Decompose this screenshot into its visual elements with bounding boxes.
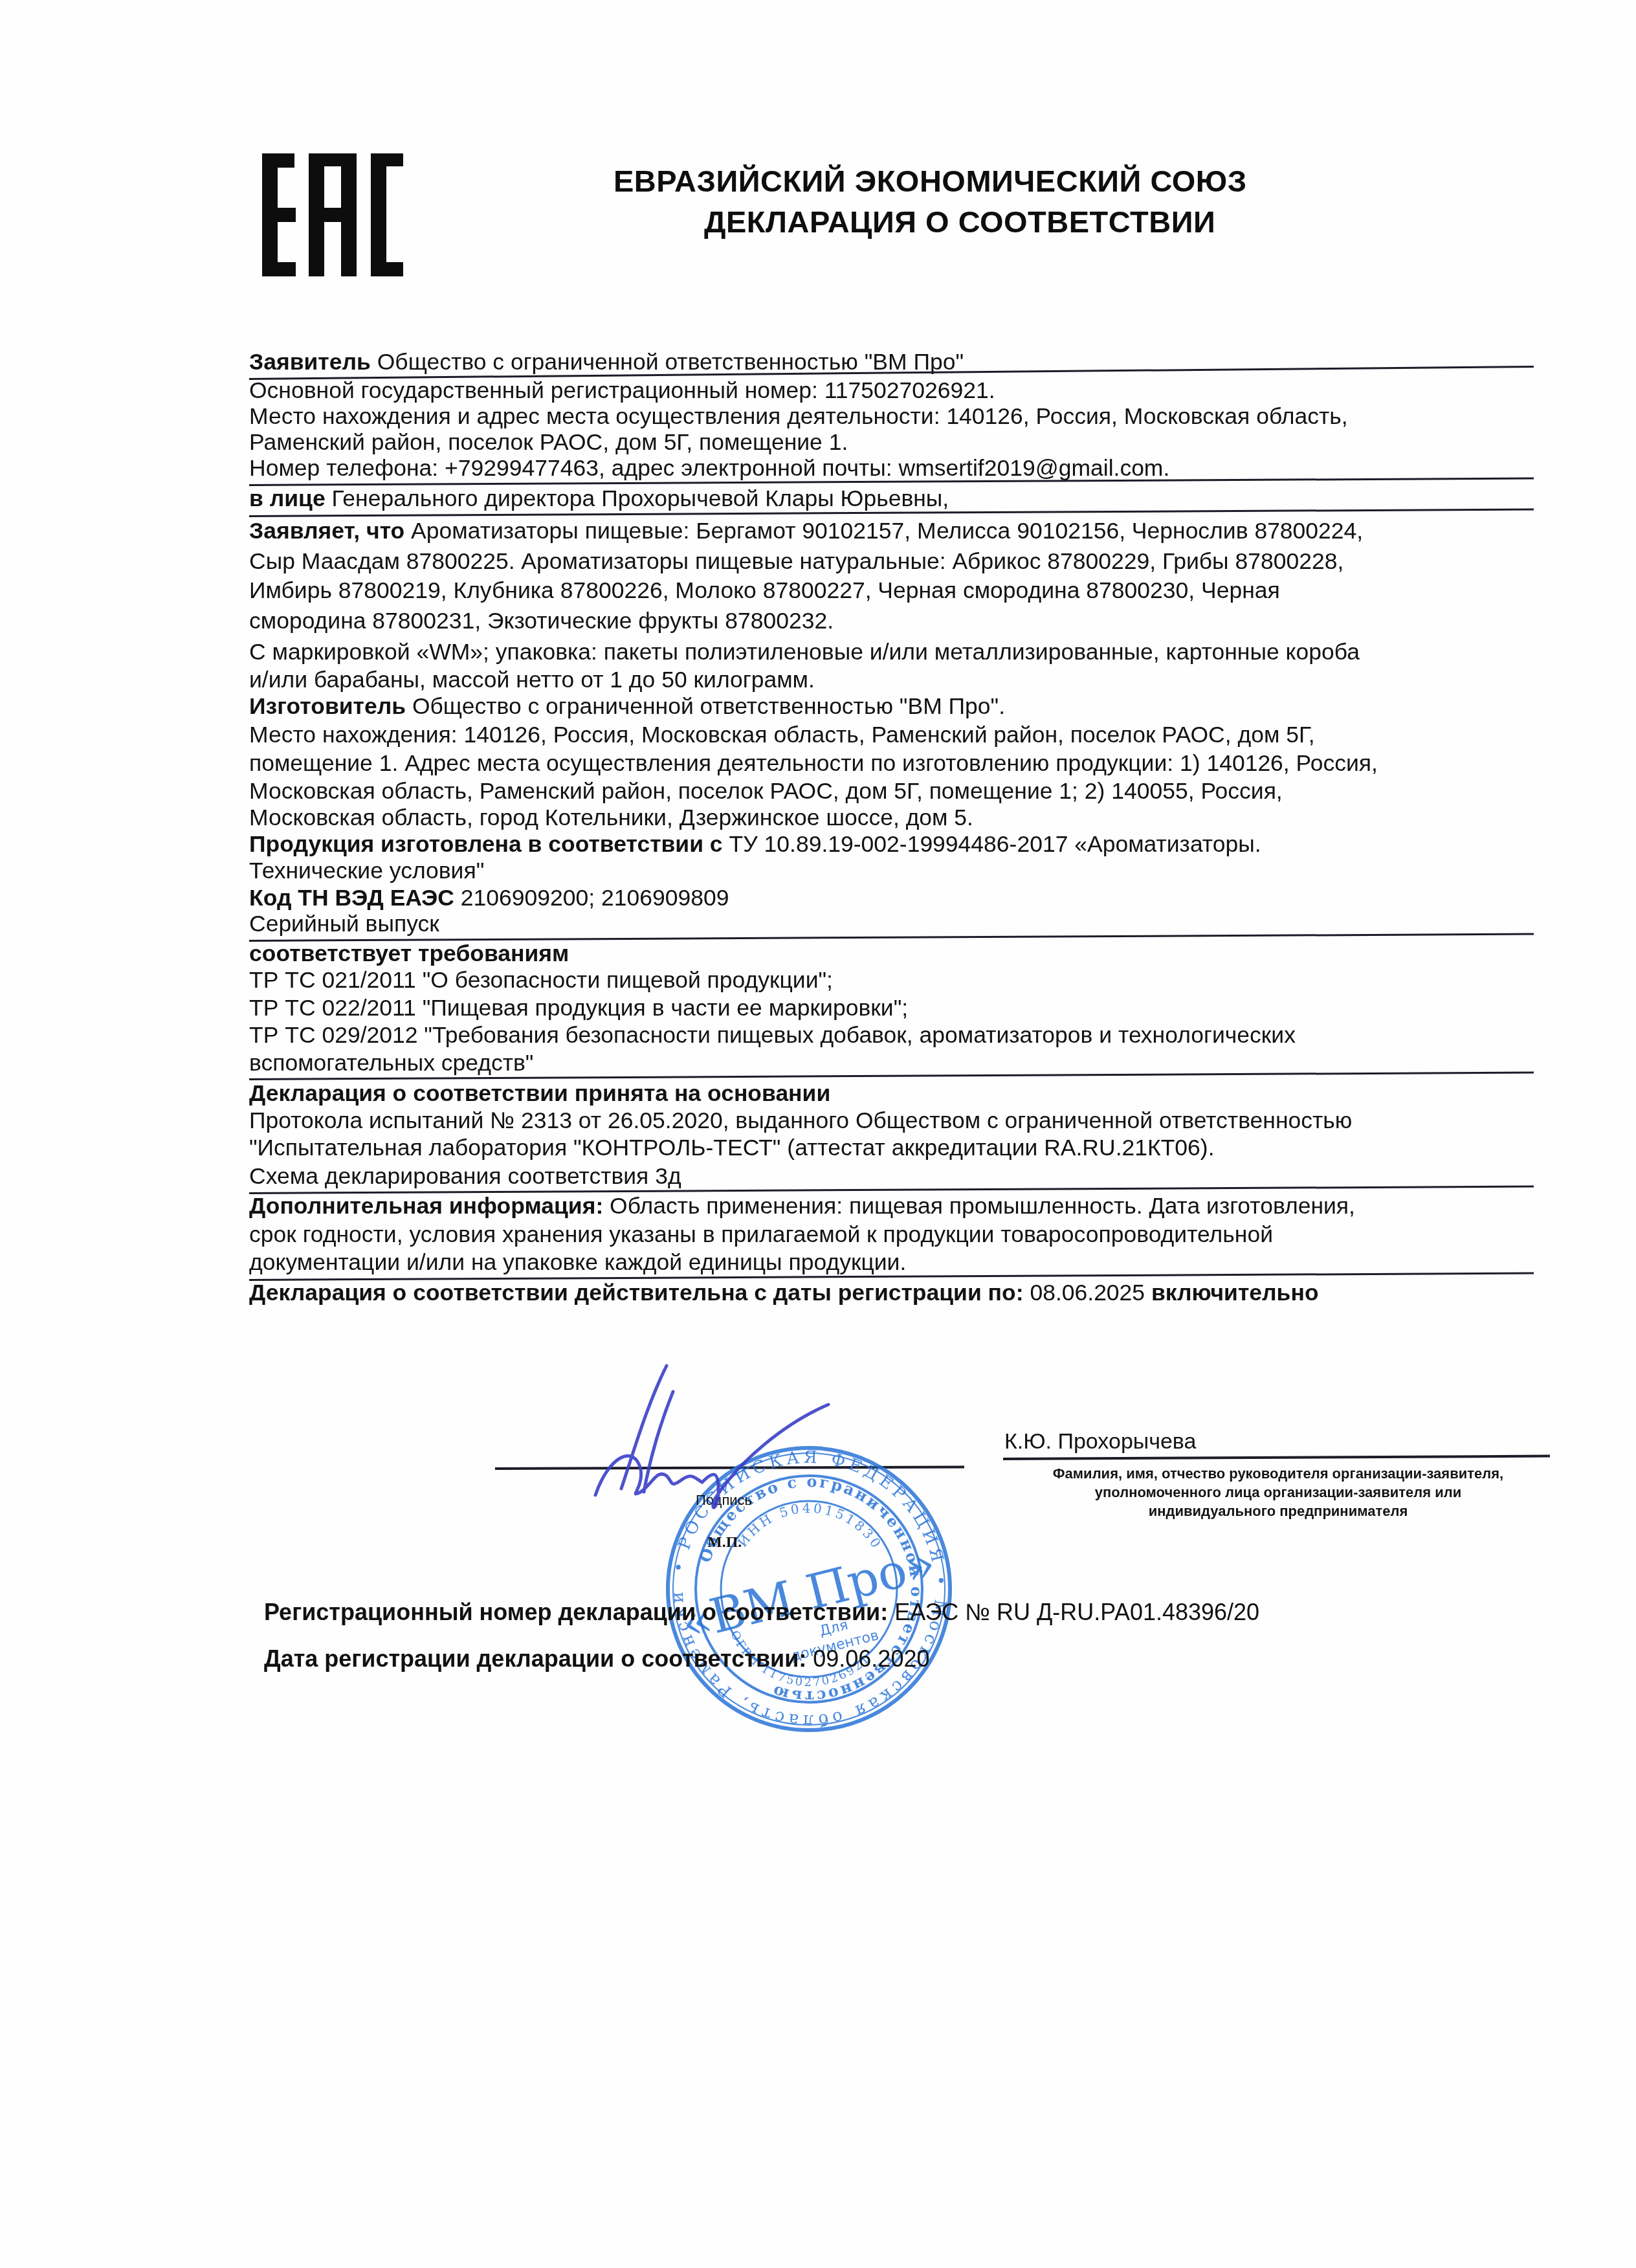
name-caption: уполномоченного лица организации-заявите…: [1000, 1484, 1556, 1501]
registration-date-line: Дата регистрации декларации о соответств…: [264, 1647, 929, 1671]
represented-value: Генерального директора Прохорычевой Клар…: [326, 485, 949, 511]
signatory-name: К.Ю. Прохорычева: [1004, 1430, 1196, 1452]
applicant-ogrn: Основной государственный регистрационный…: [249, 379, 995, 403]
registration-number-line: Регистрационный номер декларации о соотв…: [264, 1601, 1259, 1624]
validity-label: Декларация о соответствии действительна …: [249, 1280, 1024, 1306]
applicant-name: Общество с ограниченной ответственностью…: [371, 349, 964, 375]
packaging-text: и/или барабаны, массой нетто от 1 до 50 …: [249, 669, 815, 692]
basis-label: Декларация о соответствии принята на осн…: [249, 1082, 830, 1106]
eac-logo-icon: [262, 153, 403, 276]
applicant-line: Заявитель Общество с ограниченной ответс…: [249, 351, 964, 374]
declaration-scheme: Схема декларирования соответствия 3д: [249, 1165, 681, 1188]
hs-code-line: Код ТН ВЭД ЕАЭС 2106909200; 2106909809: [249, 887, 729, 910]
release-type: Серийный выпуск: [249, 913, 439, 936]
additional-info-text: Область применения: пищевая промышленнос…: [603, 1193, 1355, 1219]
declares-text: Ароматизаторы пищевые: Бергамот 90102157…: [404, 518, 1363, 544]
registration-date-label: Дата регистрации декларации о соответств…: [264, 1645, 806, 1672]
hs-code-value: 2106909200; 2106909809: [454, 885, 729, 911]
name-caption: индивидуального предпринимателя: [1000, 1503, 1556, 1520]
basis-label-text: Декларация о соответствии принята на осн…: [249, 1080, 830, 1106]
manufacturer-address: Московская область, Раменский район, пос…: [249, 780, 1283, 803]
name-caption: Фамилия, имя, отчество руководителя орга…: [1000, 1465, 1556, 1482]
declares-line: Заявляет, что Ароматизаторы пищевые: Бер…: [249, 520, 1363, 543]
manufacturer-address: Место нахождения: 140126, Россия, Москов…: [249, 724, 1315, 747]
manufacturer-address: помещение 1. Адрес места осуществления д…: [249, 752, 1378, 775]
requirements-label-text: соответствует требованиям: [249, 940, 569, 966]
applicant-label: Заявитель: [249, 349, 371, 375]
registration-number-value: ЕАЭС № RU Д-RU.РА01.48396/20: [888, 1599, 1259, 1625]
applicant-address-line1: Место нахождения и адрес места осуществл…: [249, 405, 1348, 428]
manufacturer-address: Московская область, город Котельники, Дз…: [249, 806, 973, 830]
hs-code-label: Код ТН ВЭД ЕАЭС: [249, 885, 454, 911]
manufacturer-line: Изготовитель Общество с ограниченной отв…: [249, 695, 1005, 718]
requirement-item: ТР ТС 021/2011 "О безопасности пищевой п…: [249, 969, 833, 992]
requirement-item: ТР ТС 029/2012 "Требования безопасности …: [249, 1024, 1296, 1047]
requirement-item: вспомогательных средств": [249, 1052, 533, 1075]
test-laboratory: "Испытательная лаборатория "КОНТРОЛЬ-ТЕС…: [249, 1137, 1215, 1160]
declaration-page: ЕВРАЗИЙСКИЙ ЭКОНОМИЧЕСКИЙ СОЮЗ ДЕКЛАРАЦИ…: [0, 0, 1636, 2268]
validity-line: Декларация о соответствии действительна …: [249, 1282, 1319, 1305]
additional-info-label: Дополнительная информация:: [249, 1193, 603, 1219]
applicant-address-line2: Раменский район, поселок РАОС, дом 5Г, п…: [249, 431, 848, 454]
product-standard-line: Продукция изготовлена в соответствии с Т…: [249, 833, 1261, 856]
validity-suffix: включительно: [1151, 1280, 1319, 1306]
product-standard-value: Технические условия": [249, 860, 484, 883]
additional-info-line: Дополнительная информация: Область приме…: [249, 1195, 1355, 1218]
declares-text: Сыр Маасдам 87800225. Ароматизаторы пище…: [249, 550, 1343, 573]
additional-info-text: документации и/или на упаковке каждой ед…: [249, 1251, 906, 1274]
represented-label: в лице: [249, 485, 326, 511]
seal-label: М.П.: [707, 1534, 742, 1551]
product-standard-label: Продукция изготовлена в соответствии с: [249, 831, 723, 857]
product-standard-value: ТУ 10.89.19-002-19994486-2017 «Ароматиза…: [723, 831, 1261, 857]
packaging-text: С маркировкой «WM»; упаковка: пакеты пол…: [249, 641, 1360, 664]
document-title: ДЕКЛАРАЦИЯ О СООТВЕТСТВИИ: [704, 204, 1215, 239]
validity-date: 08.06.2025: [1024, 1280, 1151, 1306]
declares-text: Имбирь 87800219, Клубника 87800226, Моло…: [249, 579, 1280, 603]
additional-info-text: срок годности, условия хранения указаны …: [249, 1223, 1273, 1247]
requirement-item: ТР ТС 022/2011 "Пищевая продукция в част…: [249, 997, 908, 1020]
declares-label: Заявляет, что: [249, 518, 404, 544]
handwritten-signature-icon: [569, 1359, 958, 1521]
registration-number-label: Регистрационный номер декларации о соотв…: [264, 1599, 888, 1625]
test-protocol: Протокола испытаний № 2313 от 26.05.2020…: [249, 1109, 1352, 1133]
manufacturer-label: Изготовитель: [249, 693, 406, 719]
registration-date-value: 09.06.2020: [806, 1645, 929, 1672]
declares-text: смородина 87800231, Экзотические фрукты …: [249, 610, 834, 633]
represented-by-line: в лице Генерального директора Прохорычев…: [249, 487, 949, 511]
name-line: [1003, 1455, 1550, 1460]
applicant-contacts: Номер телефона: +79299477463, адрес элек…: [249, 457, 1169, 480]
requirements-label: соответствует требованиям: [249, 942, 569, 966]
manufacturer-name: Общество с ограниченной ответственностью…: [406, 693, 1005, 719]
union-title: ЕВРАЗИЙСКИЙ ЭКОНОМИЧЕСКИЙ СОЮЗ: [613, 163, 1247, 199]
